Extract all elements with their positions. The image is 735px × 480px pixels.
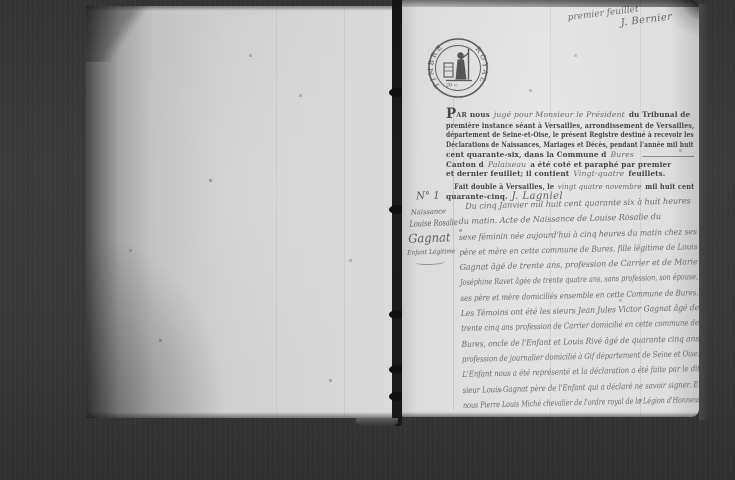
- svg-text:ROYAL: ROYAL: [473, 45, 490, 86]
- heading-print-segment: Déclarations de Naissances, Mariages et …: [446, 140, 694, 149]
- child-surname: Gagnat: [405, 230, 453, 246]
- child-first-names: Louise Rosalie: [409, 218, 448, 229]
- book-spine: [392, 0, 402, 426]
- lead-caps: AR: [456, 112, 467, 119]
- heading-handwritten-segment: Vingt-quatre: [573, 169, 624, 178]
- page-crease: [344, 6, 345, 418]
- heading-print-segment: département de Seine-et-Oise, le présent…: [446, 130, 694, 139]
- heading-print-segment: nous: [470, 110, 490, 119]
- page-block-edge: [699, 4, 709, 420]
- act-margin-notes: N° 1 Naissance Louise Rosalie Gagnat Enf…: [403, 189, 456, 266]
- printed-heading: PAR nousjugé pour Monsieur le Présidentd…: [446, 110, 694, 201]
- heading-line: première instance séant à Versailles, ar…: [446, 121, 665, 131]
- heading-line: Déclarations de Naissances, Mariages et …: [446, 140, 647, 150]
- ruled-blank: [642, 152, 694, 157]
- heading-print-segment: a été coté et paraphé par premier: [530, 160, 671, 169]
- stamp-value-text: 20 c.: [446, 83, 459, 89]
- heading-handwritten-segment: Palaiseau: [488, 160, 526, 169]
- heading-line: Fait double à Versailles, levingt quatre…: [446, 182, 670, 192]
- heading-print-segment: Canton d: [446, 160, 484, 169]
- heading-line: département de Seine-et-Oise, le présent…: [446, 130, 650, 140]
- page-fold-shadow: [86, 6, 164, 62]
- heading-print-segment: première instance séant à Versailles, ar…: [446, 121, 694, 130]
- page-edge: [86, 412, 394, 418]
- flourish: [415, 258, 445, 265]
- birth-act-text: Du cinq Janvier mil huit cent quarante s…: [458, 193, 699, 413]
- act-line: nous Pierre Louis Miché chevalier de l'o…: [463, 393, 651, 413]
- act-type-label: Naissance: [404, 207, 452, 217]
- heading-handwritten-segment: Bures: [610, 150, 633, 159]
- microfilm-scan: TIMBRE ROYAL 20 c. premier feuillet J. B…: [0, 0, 735, 480]
- timbre-royal-stamp-icon: TIMBRE ROYAL 20 c.: [426, 35, 490, 101]
- heading-line: cent quarante-six, dans la Commune dBure…: [446, 150, 693, 160]
- film-speckles: [0, 0, 1, 1]
- dropcap: P: [446, 106, 456, 122]
- heading-handwritten-segment: jugé pour Monsieur le Président: [494, 110, 625, 119]
- heading-handwritten-segment: vingt quatre novembre: [558, 182, 642, 191]
- left-blank-page: [86, 6, 394, 418]
- heading-print-segment: Fait double à Versailles, le: [454, 182, 554, 191]
- heading-print-segment: du Tribunal de: [629, 110, 690, 119]
- heading-print-segment: mil huit cent: [645, 182, 694, 191]
- heading-print-segment: feuillets.: [628, 169, 665, 178]
- page-edge: [86, 6, 394, 11]
- heading-line: PAR nousjugé pour Monsieur le Présidentd…: [446, 110, 694, 121]
- page-edge: [402, 0, 699, 7]
- heading-line: et dernier feuillet; il contientVingt-qu…: [446, 169, 694, 179]
- binding-tab: [356, 418, 398, 426]
- corner-shadow: [629, 0, 699, 58]
- page-crease: [276, 6, 277, 418]
- stamp-arc-right-text: ROYAL: [473, 45, 490, 86]
- allegorical-figure-icon: [444, 49, 472, 81]
- page-edge: [402, 412, 699, 417]
- legitimacy-note: Enfant Légitime: [407, 247, 453, 257]
- heading-print-segment: et dernier feuillet; il contient: [446, 169, 569, 178]
- register-page: TIMBRE ROYAL 20 c. premier feuillet J. B…: [402, 0, 699, 417]
- act-number: N° 1: [404, 189, 452, 203]
- heading-line: Canton dPalaiseaua été coté et paraphé p…: [446, 160, 694, 170]
- heading-print-segment: cent quarante-six, dans la Commune d: [446, 150, 606, 159]
